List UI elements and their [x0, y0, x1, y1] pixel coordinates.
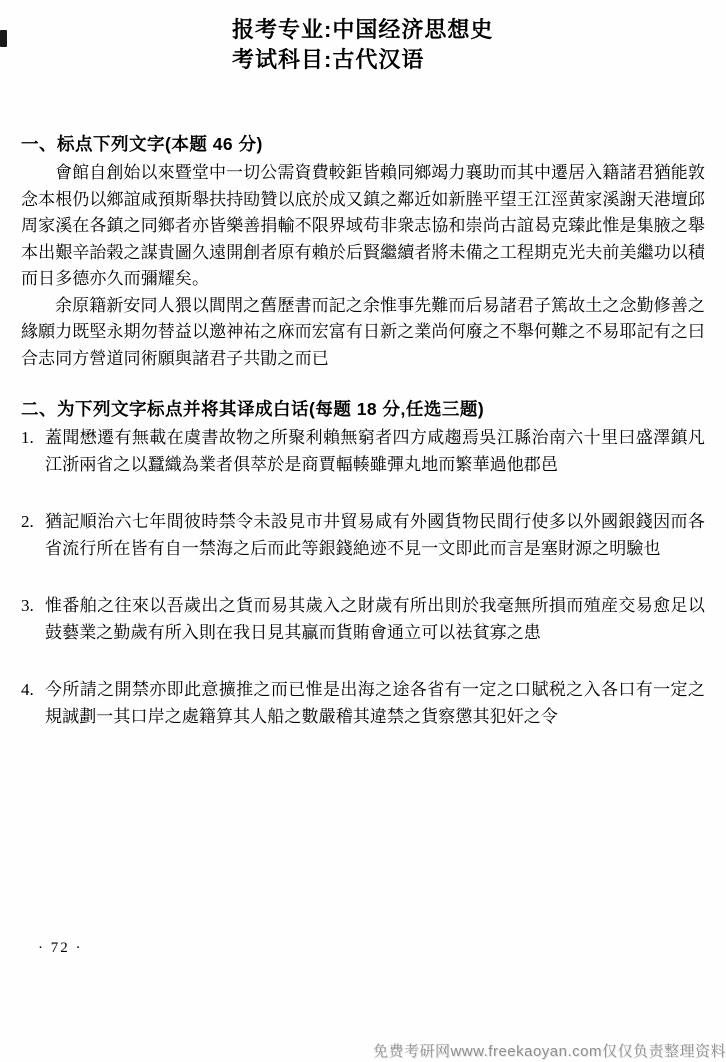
question-item-1: 1. 蓋聞懋遷有無載在虞書故物之所聚利賴無窮者四方咸趨焉吳江縣治南六十里曰盛澤鎮… [21, 425, 705, 478]
watermark: 免费考研网www.freekaoyan.com仅仅负责整理资料 [373, 1040, 726, 1061]
exam-page: 报考专业:中国经济思想史 考试科目:古代汉语 一、标点下列文字(本题 46 分)… [0, 0, 726, 1062]
question-text: 蓋聞懋遷有無載在虞書故物之所聚利賴無窮者四方咸趨焉吳江縣治南六十里曰盛澤鎮凡江浙… [45, 425, 705, 478]
page-header: 报考专业:中国经济思想史 考试科目:古代汉语 [232, 15, 705, 75]
question-number: 4. [21, 677, 45, 730]
question-text: 今所請之開禁亦即此意擴推之而已惟是出海之途各省有一定之口賦税之入各口有一定之規誠… [45, 677, 705, 730]
question-number: 2. [21, 509, 45, 562]
section-one-heading: 一、标点下列文字(本题 46 分) [21, 133, 705, 156]
subject-title: 考试科目:古代汉语 [232, 45, 705, 75]
question-text: 猶記順治六七年間彼時禁令未設見市井貿易咸有外國貨物民間行使多以外國銀錢因而各省流… [45, 509, 705, 562]
question-item-3: 3. 惟番舶之往來以吾歲出之貨而易其歲入之財歲有所出則於我毫無所損而殖産交易愈足… [21, 593, 705, 646]
question-number: 1. [21, 425, 45, 478]
scan-artifact [0, 30, 7, 47]
section-two-heading: 二、为下列文字标点并将其译成白话(每题 18 分,任选三题) [21, 398, 705, 421]
question-number: 3. [21, 593, 45, 646]
page-content: 报考专业:中国经济思想史 考试科目:古代汉语 一、标点下列文字(本题 46 分)… [0, 15, 726, 730]
section-two: 二、为下列文字标点并将其译成白话(每题 18 分,任选三题) 1. 蓋聞懋遷有無… [21, 398, 705, 730]
question-item-4: 4. 今所請之開禁亦即此意擴推之而已惟是出海之途各省有一定之口賦税之入各口有一定… [21, 677, 705, 730]
page-number: · 72 · [38, 940, 83, 957]
section-one: 一、标点下列文字(本题 46 分) 會館自創始以來暨堂中一切公需資費較鉅皆賴同鄉… [21, 133, 705, 372]
question-item-2: 2. 猶記順治六七年間彼時禁令未設見市井貿易咸有外國貨物民間行使多以外國銀錢因而… [21, 509, 705, 562]
section-one-paragraph-1: 會館自創始以來暨堂中一切公需資費較鉅皆賴同鄉竭力襄助而其中遷居入籍諸君猶能敦念本… [21, 160, 705, 293]
section-one-paragraph-2: 余原籍新安同人猥以閭閈之舊歷書而記之余惟事先難而后易諸君子篤故土之念勤修善之緣願… [21, 293, 705, 373]
question-text: 惟番舶之往來以吾歲出之貨而易其歲入之財歲有所出則於我毫無所損而殖産交易愈足以鼓藝… [45, 593, 705, 646]
major-title: 报考专业:中国经济思想史 [232, 15, 705, 45]
